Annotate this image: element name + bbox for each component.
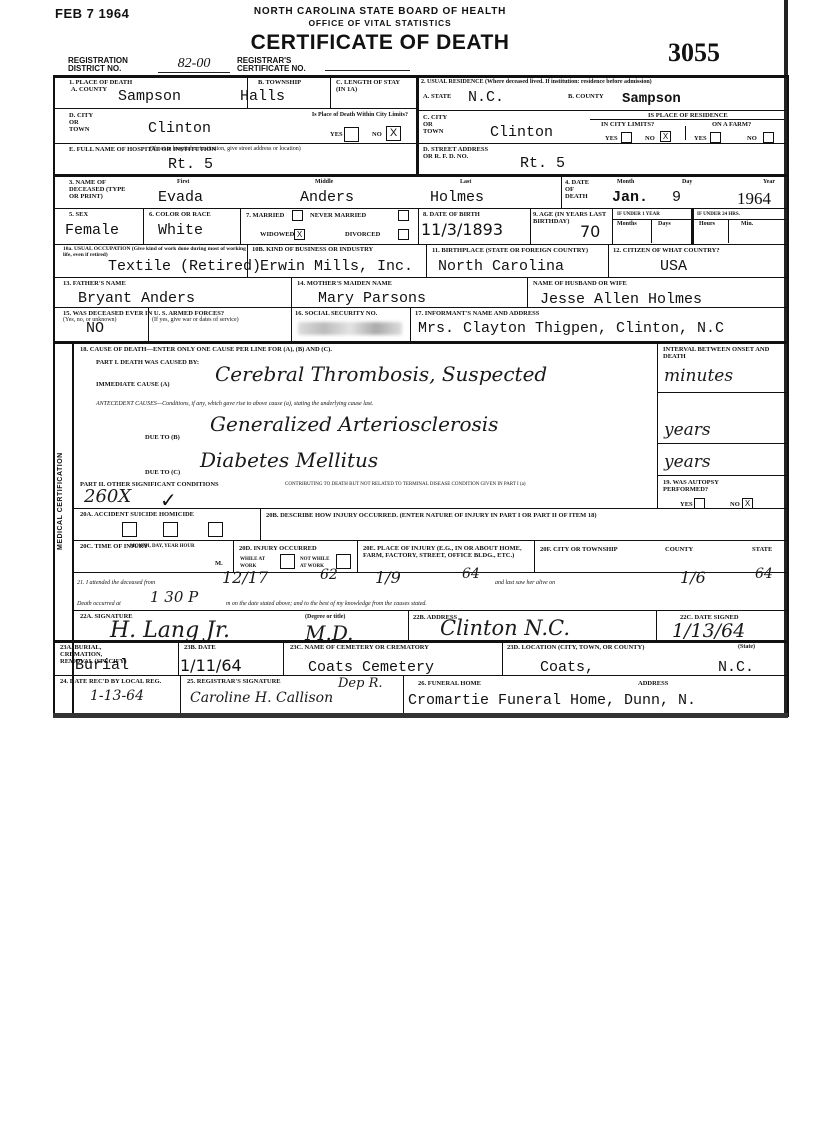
due-to-c-value: Diabetes Mellitus [200,448,378,472]
in-place-label: Is Place of Residence [648,112,728,119]
spouse-name-value: Jesse Allen Holmes [540,291,702,308]
death-city-value: Clinton [148,120,211,137]
funeral-home-value: Cromartie Funeral Home, Dunn, N. [408,692,696,709]
year-label: Year [763,179,775,186]
due-to-c-interval-value: years [664,452,711,472]
informant-value: Mrs. Clayton Thigpen, Clinton, N.C [418,320,724,337]
citizen-value: USA [660,258,687,275]
ssn-redacted [298,322,402,335]
divider [657,343,658,508]
never-married-label: NEVER MARRIED [310,212,366,219]
certificate-number: 3055 [668,38,720,68]
divider [590,119,784,120]
business-label: 10b. KIND OF BUSINESS OR INDUSTRY [252,246,373,253]
days-label: Days [658,221,671,228]
check-mark-icon: ✓ [160,488,177,513]
registrar-certificate-label: REGISTRAR'S CERTIFICATE NO. [237,57,337,73]
yes-label: YES [605,135,618,142]
death-year-value: 1964 [737,189,771,209]
date-received-value: 1-13-64 [90,688,144,704]
citizen-label: 12. CITIZEN OF WHAT COUNTRY? [613,247,720,254]
received-date-stamp: FEB 7 1964 [55,6,129,21]
race-value: White [158,222,203,239]
occupation-value: Textile (Retired) [108,258,261,275]
last-seen-value: 1/6 [680,568,706,587]
divider [530,208,531,244]
registrar-signature-label: 25. REGISTRAR'S SIGNATURE [187,678,281,685]
date-of-birth-label: 8. DATE OF BIRTH [423,211,480,218]
yes-label: YES [694,135,707,142]
divider [403,675,404,713]
side-label-text: MEDICAL CERTIFICATION [57,452,64,550]
no-label: NO [747,135,757,142]
divider [527,277,528,307]
divider [418,110,786,111]
last-seen-year-value: 64 [755,566,773,582]
in-city-yes-checkbox[interactable] [621,132,632,143]
autopsy-yes-label: YES [680,501,693,508]
divider [418,143,786,144]
death-month-value: Jan. [612,189,648,206]
never-married-checkbox[interactable] [398,210,409,221]
death-time-suffix: m on the date stated above; and to the b… [226,601,427,608]
injury-occurred-label: 20d. INJURY OCCURRED [239,545,317,552]
medical-certification-side-label: MEDICAL CERTIFICATION [57,430,69,550]
divider [416,75,419,175]
business-value: Erwin Mills, Inc. [260,258,413,275]
middle-name-label: Middle [315,179,333,186]
married-checkbox[interactable] [292,210,303,221]
in-city-limits-label: In City Limits? [601,121,654,128]
due-to-b-label: DUE TO (b) [145,434,180,441]
armed-forces-value: NO [86,320,104,337]
divorced-checkbox[interactable] [398,229,409,240]
divider [53,244,787,245]
divider [260,508,261,540]
part-2-value: 260X [84,486,131,507]
meridian-label: M. [215,560,223,567]
sex-value: Female [65,222,119,239]
attended-to-year-value: 64 [462,566,480,582]
on-farm-no-checkbox[interactable] [763,132,774,143]
death-day-value: 9 [672,189,681,206]
antecedent-causes-label: ANTECEDENT CAUSES—Conditions, if any, wh… [96,401,373,408]
divider [410,307,411,341]
divider [612,208,613,244]
hospital-value: Rt. 5 [168,156,213,173]
birthplace-value: North Carolina [438,258,564,275]
residence-state-value: N.C. [468,89,504,106]
divider [240,208,241,244]
divider [534,540,535,572]
attended-from-value: 12/17 [222,568,268,587]
on-farm-yes-checkbox[interactable] [710,132,721,143]
last-name-value: Holmes [430,189,484,206]
due-to-b-interval-value: years [664,420,711,440]
place-of-injury-label: 20e. PLACE OF INJURY (e.g., in or about … [363,545,533,559]
divider [53,174,787,177]
divider [143,208,144,244]
residence-county-label: b. COUNTY [568,93,604,100]
autopsy-label: 19. WAS AUTOPSY PERFORMED? [663,479,753,493]
divider [657,475,787,476]
funeral-address-label: ADDRESS [638,680,668,687]
married-label: 7. MARRIED [246,212,284,219]
divider [291,307,292,341]
on-farm-label: On a Farm? [712,121,751,128]
hospital-hint: (If not in hospital or institution, give… [150,146,301,153]
occupation-label: 10a. USUAL OCCUPATION (Give kind of work… [63,246,247,258]
month-label: Month [617,179,634,186]
divider [53,208,787,209]
attended-from-year-value: 62 [320,567,338,583]
divider [178,640,179,675]
township-value: Halls [240,88,285,105]
cause-of-death-label: 18. CAUSE OF DEATH—ENTER ONLY ONE CAUSE … [80,346,332,353]
divider [408,610,409,640]
registrar-initials: Dep R. [338,676,383,691]
armed-forces-war-hint: (If yes, give war or dates of service) [152,317,239,324]
divider [53,277,787,278]
attended-label: 21. I attended the deceased from [77,580,155,587]
father-name-label: 13. FATHER'S NAME [63,280,126,287]
burial-date-label: 23b. DATE [184,644,216,651]
city-limits-no-label: NO [372,131,382,138]
minutes-label: Min. [741,221,753,228]
township-label: b. TOWNSHIP [258,79,301,86]
death-county-label: a. COUNTY [71,86,107,93]
interval-label: INTERVAL BETWEEN ONSET AND DEATH [663,346,783,360]
divorced-label: DIVORCED [345,231,380,238]
divider [53,108,417,109]
divider [53,640,787,643]
within-city-limits-label: Is Place of Death Within City Limits? [292,112,408,119]
residence-city-value: Clinton [490,124,553,141]
residence-state-label: a. STATE [423,93,451,100]
while-at-work-checkbox[interactable] [280,554,295,569]
registrar-signature: Caroline H. Callison [190,690,333,706]
city-limits-yes-label: YES [330,131,343,138]
document-title: CERTIFICATE OF DEATH [200,31,560,55]
age-value: 70 [580,222,600,241]
degree-label: (Degree or title) [305,614,345,621]
place-of-death-label: 1. PLACE OF DEATH [69,79,132,86]
divider [418,208,419,244]
first-name-label: First [177,179,189,186]
due-to-b-value: Generalized Arteriosclerosis [210,412,498,436]
sex-label: 5. SEX [69,211,88,218]
divider [72,540,787,541]
date-of-death-label: 4. DATE OF DEATH [565,179,597,200]
divider [651,219,652,243]
burial-date-value: 1/11/64 [180,656,242,675]
divider [612,219,786,220]
mother-name-value: Mary Parsons [318,290,426,307]
death-city-label: d. CITY OR TOWN [69,112,99,133]
cemetery-value: Coats Cemetery [308,659,434,676]
office-name: OFFICE OF VITAL STATISTICS [200,18,560,28]
informant-label: 17. INFORMANT'S NAME AND ADDRESS [415,310,539,317]
date-of-birth-value: 11/3/1893 [421,220,503,239]
divider [291,277,292,307]
residence-county-value: Sampson [622,91,681,107]
registration-district-value: 82-00 [158,56,230,73]
due-to-c-label: DUE TO (c) [145,469,180,476]
months-label: Months [617,221,637,228]
part-1-label: PART I. DEATH WAS CAUSED BY: [96,359,199,366]
physician-address-value: Clinton N.C. [440,616,570,640]
first-name-value: Evada [158,189,203,206]
manner-of-death-label: 20a. ACCIDENT SUICIDE HOMICIDE [80,511,194,518]
injury-state-label: STATE [752,546,772,553]
divider [656,610,657,640]
date-received-label: 24. DATE REC'D BY LOCAL REG. [60,678,180,685]
death-county-value: Sampson [118,88,181,105]
father-name-value: Bryant Anders [78,290,195,307]
name-label: 3. NAME OF DECEASED (Type or Print) [69,179,129,200]
birthplace-label: 11. BIRTHPLACE (State or foreign country… [432,247,588,254]
middle-name-value: Anders [300,189,354,206]
part-2-hint: CONTRIBUTING TO DEATH BUT NOT RELATED TO… [285,481,526,488]
divider [180,675,181,713]
divider [685,126,686,140]
divider [502,640,503,675]
street-address-value: Rt. 5 [520,155,565,172]
last-seen-label: and last saw her alive on [495,580,555,587]
registration-district-label: REGISTRATION DISTRICT NO. [68,57,158,73]
divider [608,244,609,277]
residence-city-label: c. CITY OR TOWN [423,114,453,135]
divider [426,244,427,277]
top-rule [53,75,787,78]
death-time-label: Death occurred at [77,601,121,608]
immediate-cause-label: IMMEDIATE CAUSE (a) [96,381,170,388]
divider [357,540,358,572]
immediate-interval-value: minutes [664,366,733,386]
suicide-checkbox[interactable] [163,522,178,537]
length-of-stay-label: c. LENGTH OF STAY (in 1a) [336,79,406,93]
street-address-label: d. STREET ADDRESS or R. F. D. NO. [423,146,493,160]
widowed-label: WIDOWED [260,231,294,238]
city-limits-yes-checkbox[interactable] [344,127,359,142]
injury-county-label: COUNTY [665,546,693,553]
divider [72,508,787,509]
city-limits-no-checkbox-checked[interactable]: X [386,126,401,141]
cemetery-label: 23c. NAME OF CEMETERY OR CREMATORY [290,644,429,651]
race-label: 6. COLOR OR RACE [149,211,211,218]
divider [728,219,729,243]
burial-method-value: Burial [75,657,129,674]
no-label: NO [645,135,655,142]
funeral-home-label: 26. FUNERAL HOME [418,680,481,687]
divider [561,175,562,208]
death-time-value: 1 30 P [150,588,198,606]
divider [330,75,331,108]
divider [657,392,787,393]
divider [53,143,417,144]
homicide-checkbox[interactable] [208,522,223,537]
burial-location-value: Coats, [540,659,594,676]
armed-forces-label: 15. WAS DECEASED EVER IN U. S. ARMED FOR… [63,310,224,317]
usual-residence-label: 2. USUAL RESIDENCE (Where deceased lived… [421,79,652,86]
not-at-work-checkbox[interactable] [336,554,351,569]
spouse-name-label: NAME OF HUSBAND OR WIFE [533,280,627,287]
time-of-injury-hint: MONTH, DAY, YEAR HOUR [130,543,195,550]
divider [691,208,694,244]
describe-injury-label: 20b. DESCRIBE HOW INJURY OCCURRED. (Ente… [266,512,597,519]
date-signed-value: 1/13/64 [672,620,745,642]
registrar-certificate-value [325,69,410,71]
widowed-checkbox-checked[interactable]: X [294,229,305,240]
agency-name: NORTH CAROLINA STATE BOARD OF HEALTH [200,6,560,17]
immediate-cause-value: Cerebral Thrombosis, Suspected [215,362,547,386]
in-city-no-checkbox-checked[interactable]: X [660,131,671,142]
divider [657,443,787,444]
attended-to-value: 1/9 [375,568,401,587]
burial-state-label: (State) [738,644,755,651]
under-24-hours-label: IF UNDER 24 HRS. [697,211,740,218]
under-1-year-label: IF UNDER 1 YEAR [617,211,660,218]
divider [53,341,787,344]
mother-name-label: 14. MOTHER'S MAIDEN NAME [297,280,392,287]
hours-label: Hours [699,221,715,228]
last-name-label: Last [460,179,471,186]
burial-location-label: 23d. LOCATION (City, town, or county) [507,644,644,651]
injury-city-label: 20f. CITY OR TOWNSHIP [540,546,618,553]
accident-checkbox[interactable] [122,522,137,537]
divider [283,640,284,675]
form-bottom-edge [53,713,788,718]
divider [53,675,787,676]
divider [72,610,787,611]
autopsy-no-label: NO [730,501,740,508]
burial-location-state-value: N.C. [718,659,754,676]
ssn-label: 16. SOCIAL SECURITY NO. [295,310,377,317]
day-label: Day [682,179,692,186]
